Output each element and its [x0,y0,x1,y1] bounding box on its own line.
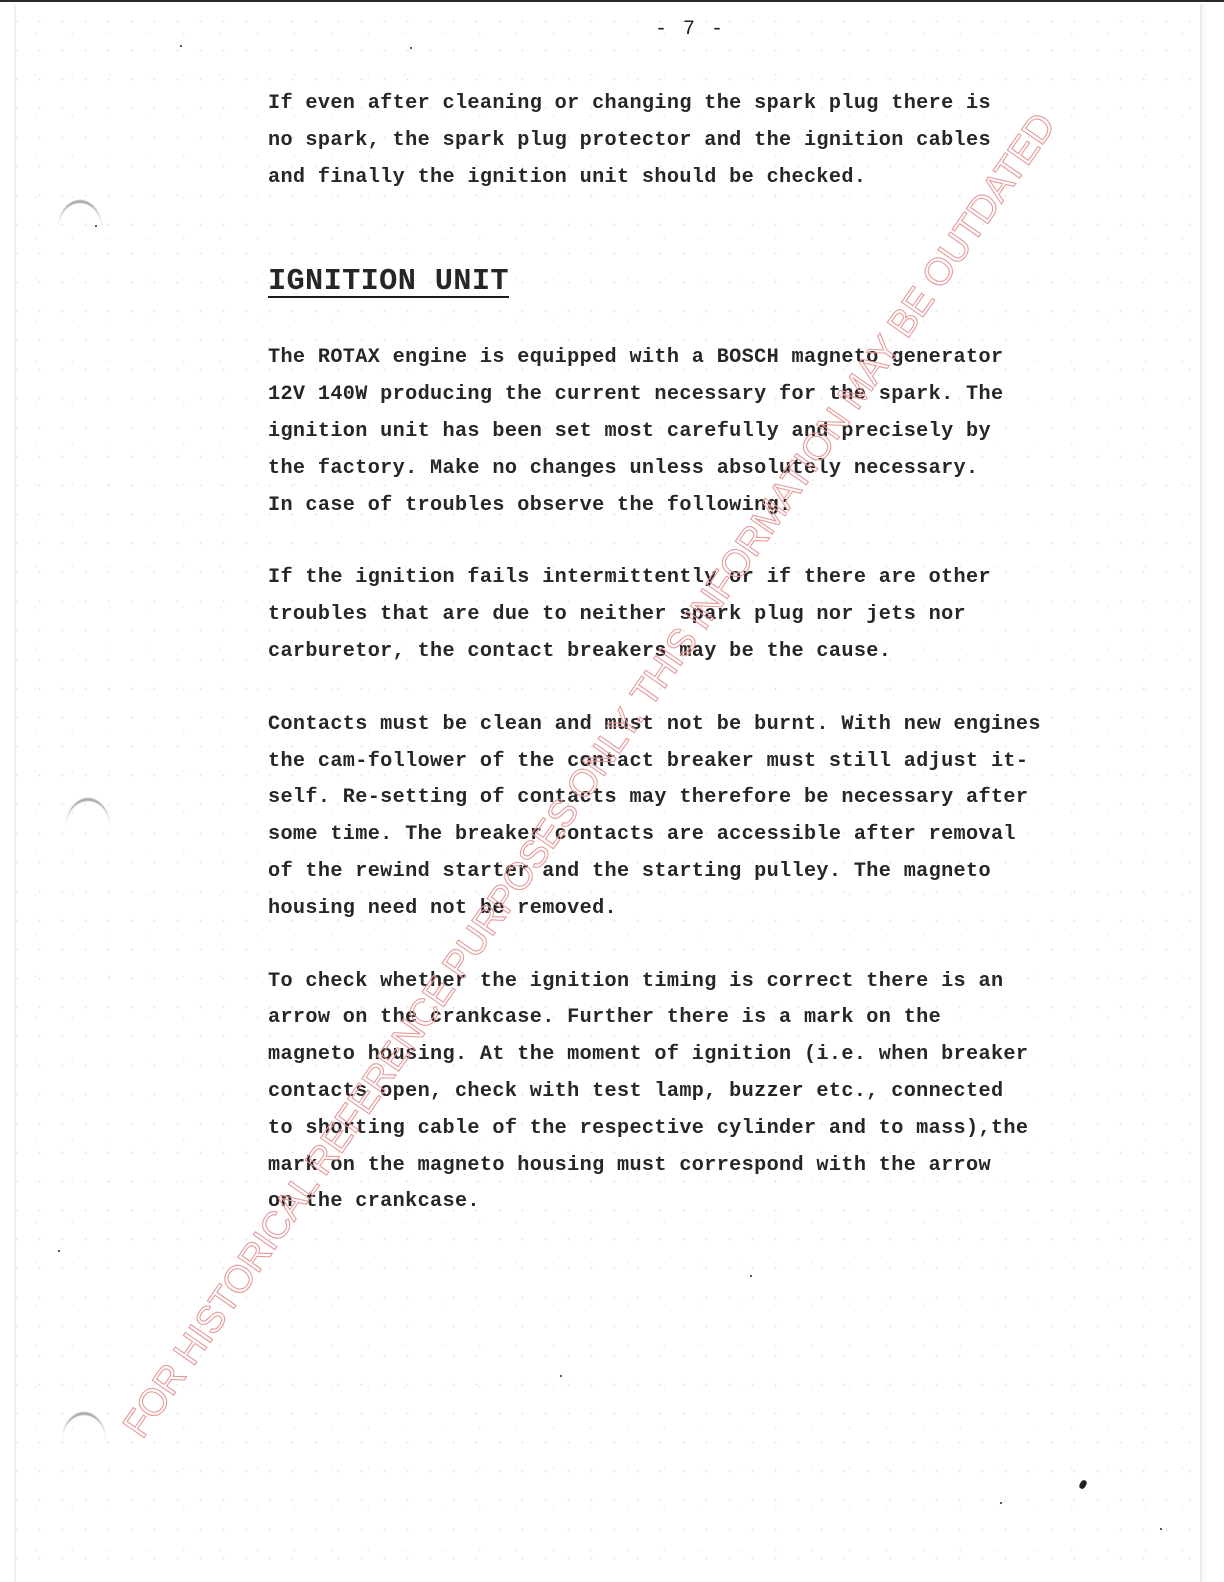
section-paragraphs: The ROTAX engine is equipped with a BOSC… [268,340,1188,1221]
paragraph-4: To check whether the ignition timing is … [268,964,1188,1222]
intro-paragraph: If even after cleaning or changing the s… [268,86,1188,196]
section-heading-ignition-unit: IGNITION UNIT [268,268,509,298]
scan-left-edge [14,4,16,1582]
paragraph-3: Contacts must be clean and must not be b… [268,707,1188,928]
document-body: If even after cleaning or changing the s… [268,86,1188,1221]
page-number: - 7 - [655,18,725,41]
scan-right-edge-shadow [1200,4,1224,1582]
paragraph-2: If the ignition fails intermittently or … [268,560,1188,670]
scan-top-border [0,0,1224,2]
paragraph-1: The ROTAX engine is equipped with a BOSC… [268,340,1188,524]
